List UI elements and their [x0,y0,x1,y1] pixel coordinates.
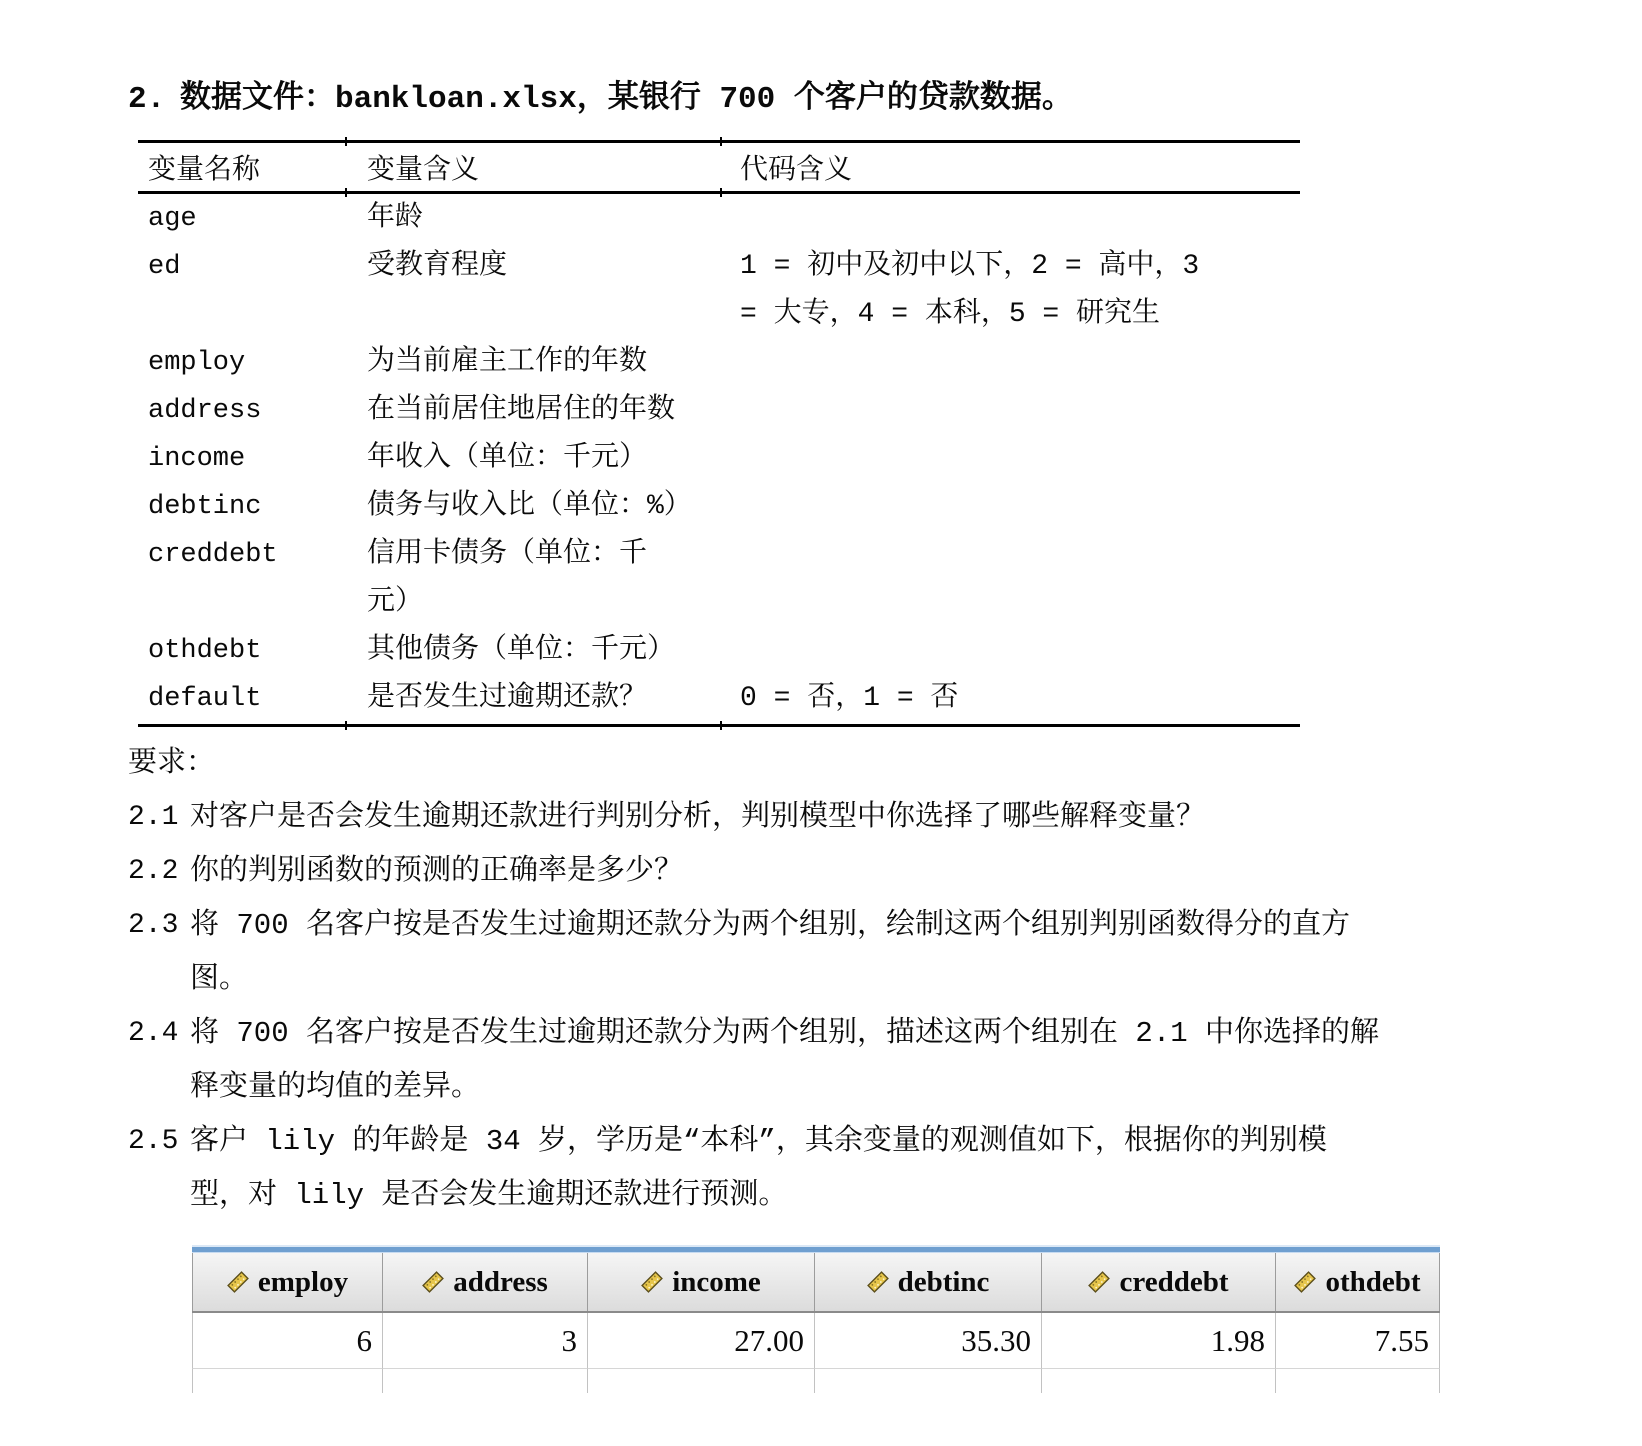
grid-header-income: income [587,1253,814,1311]
requirement-number: 2.3 [128,899,190,1007]
lily-data-grid: employ address income debtinc creddebt o… [192,1245,1440,1393]
requirement-item: 2.1 对客户是否会发生逾期还款进行判别分析，判别模型中你选择了哪些解释变量？ [128,791,1528,845]
code-meaning-cell [720,435,1300,483]
variable-meaning-cell: 年收入（单位：千元） [345,435,720,483]
variable-name-cell: employ [138,339,345,387]
variable-meaning-cell: 在当前居住地居住的年数 [345,387,720,435]
scale-ruler-icon [227,1271,249,1293]
grid-column-label: othdebt [1325,1266,1420,1299]
scale-ruler-icon [422,1271,444,1293]
grid-header-othdebt: othdebt [1275,1253,1440,1311]
code-meaning-cell [720,387,1300,435]
title-text: 数据文件：bankloan.xlsx，某银行 700 个客户的贷款数据。 [180,82,1073,117]
requirement-item: 2.5 客户 lily 的年龄是 34 岁，学历是“本科”，其余变量的观测值如下… [128,1115,1528,1223]
variable-name-cell: address [138,387,345,435]
grid-value-row: 6 3 27.00 35.30 1.98 7.55 [192,1313,1440,1369]
title-number: 2. [128,78,180,122]
variable-name-cell: othdebt [138,627,345,675]
header-variable-meaning: 变量含义 [345,147,720,187]
variable-name-cell: default [138,675,345,723]
requirement-number: 2.2 [128,845,190,899]
grid-value-income: 27.00 [587,1313,814,1369]
code-meaning-cell: 0 = 否，1 = 否 [720,675,1300,723]
grid-value-employ: 6 [192,1313,382,1369]
scale-ruler-icon [641,1271,663,1293]
table-row: othdebt 其他债务（单位：千元） [138,627,1300,675]
header-variable-name: 变量名称 [138,147,345,187]
scale-ruler-icon [1088,1271,1110,1293]
page-title: 2.数据文件：bankloan.xlsx，某银行 700 个客户的贷款数据。 [128,78,1528,122]
variable-name-cell: age [138,195,345,243]
variables-table-header: 变量名称 变量含义 代码含义 [138,143,1300,191]
requirement-text: 客户 lily 的年龄是 34 岁，学历是“本科”，其余变量的观测值如下，根据你… [190,1115,1528,1223]
scale-ruler-icon [1294,1271,1316,1293]
grid-value-address: 3 [382,1313,587,1369]
table-row: age 年龄 [138,195,1300,243]
requirement-item: 2.3 将 700 名客户按是否发生过逾期还款分为两个组别，绘制这两个组别判别函… [128,899,1528,1007]
grid-header-address: address [382,1253,587,1311]
document-page: 2.数据文件：bankloan.xlsx，某银行 700 个客户的贷款数据。 变… [128,78,1528,1393]
grid-header-debtinc: debtinc [814,1253,1041,1311]
requirement-item: 2.2 你的判别函数的预测的正确率是多少？ [128,845,1528,899]
grid-column-label: address [453,1266,548,1299]
grid-column-label: employ [258,1266,348,1299]
requirements-label: 要求： [128,737,1528,791]
variable-meaning-cell: 是否发生过逾期还款？ [345,675,720,723]
table-row: income 年收入（单位：千元） [138,435,1300,483]
requirement-text: 对客户是否会发生逾期还款进行判别分析，判别模型中你选择了哪些解释变量？ [190,791,1528,845]
table-row: creddebt 信用卡债务（单位：千 元） [138,531,1300,627]
grid-value-debtinc: 35.30 [814,1313,1041,1369]
variables-table: 变量名称 变量含义 代码含义 age 年龄 ed 受教育程度 1 = 初中及初中… [138,140,1300,727]
table-bottom-rule [138,724,1300,727]
scale-ruler-icon [867,1271,889,1293]
grid-column-label: debtinc [898,1266,990,1299]
variable-meaning-cell: 信用卡债务（单位：千 元） [345,531,720,627]
requirement-text: 将 700 名客户按是否发生过逾期还款分为两个组别，绘制这两个组别判别函数得分的… [190,899,1528,1007]
grid-column-label: creddebt [1119,1266,1228,1299]
variables-table-body: age 年龄 ed 受教育程度 1 = 初中及初中以下，2 = 高中，3 = 大… [138,194,1300,724]
grid-value-othdebt: 7.55 [1275,1313,1440,1369]
table-top-rule [138,140,1300,143]
requirement-text: 将 700 名客户按是否发生过逾期还款分为两个组别，描述这两个组别在 2.1 中… [190,1007,1528,1115]
code-meaning-cell [720,483,1300,531]
code-meaning-cell [720,339,1300,387]
grid-header-row: employ address income debtinc creddebt o… [192,1253,1440,1313]
table-row: employ 为当前雇主工作的年数 [138,339,1300,387]
variable-name-cell: income [138,435,345,483]
table-row: debtinc 债务与收入比（单位：%） [138,483,1300,531]
variable-meaning-cell: 其他债务（单位：千元） [345,627,720,675]
variable-name-cell: creddebt [138,531,345,627]
table-row: address 在当前居住地居住的年数 [138,387,1300,435]
variable-meaning-cell: 为当前雇主工作的年数 [345,339,720,387]
variable-name-cell: ed [138,243,345,339]
grid-value-creddebt: 1.98 [1041,1313,1275,1369]
grid-accent-bar [192,1245,1440,1253]
requirement-number: 2.5 [128,1115,190,1223]
requirements-section: 要求： 2.1 对客户是否会发生逾期还款进行判别分析，判别模型中你选择了哪些解释… [128,737,1528,1223]
code-meaning-cell [720,627,1300,675]
requirement-number: 2.1 [128,791,190,845]
variable-meaning-cell: 年龄 [345,195,720,243]
requirement-item: 2.4 将 700 名客户按是否发生过逾期还款分为两个组别，描述这两个组别在 2… [128,1007,1528,1115]
grid-header-creddebt: creddebt [1041,1253,1275,1311]
grid-partial-row [192,1369,1440,1393]
variable-meaning-cell: 债务与收入比（单位：%） [345,483,720,531]
variable-name-cell: debtinc [138,483,345,531]
table-header-rule [138,191,1300,194]
code-meaning-cell: 1 = 初中及初中以下，2 = 高中，3 = 大专，4 = 本科，5 = 研究生 [720,243,1300,339]
table-row: ed 受教育程度 1 = 初中及初中以下，2 = 高中，3 = 大专，4 = 本… [138,243,1300,339]
grid-header-employ: employ [192,1253,382,1311]
requirement-text: 你的判别函数的预测的正确率是多少？ [190,845,1528,899]
requirement-number: 2.4 [128,1007,190,1115]
table-row: default 是否发生过逾期还款？ 0 = 否，1 = 否 [138,675,1300,723]
grid-column-label: income [672,1266,761,1299]
variable-meaning-cell: 受教育程度 [345,243,720,339]
header-code-meaning: 代码含义 [720,147,1300,187]
code-meaning-cell [720,531,1300,627]
code-meaning-cell [720,195,1300,243]
